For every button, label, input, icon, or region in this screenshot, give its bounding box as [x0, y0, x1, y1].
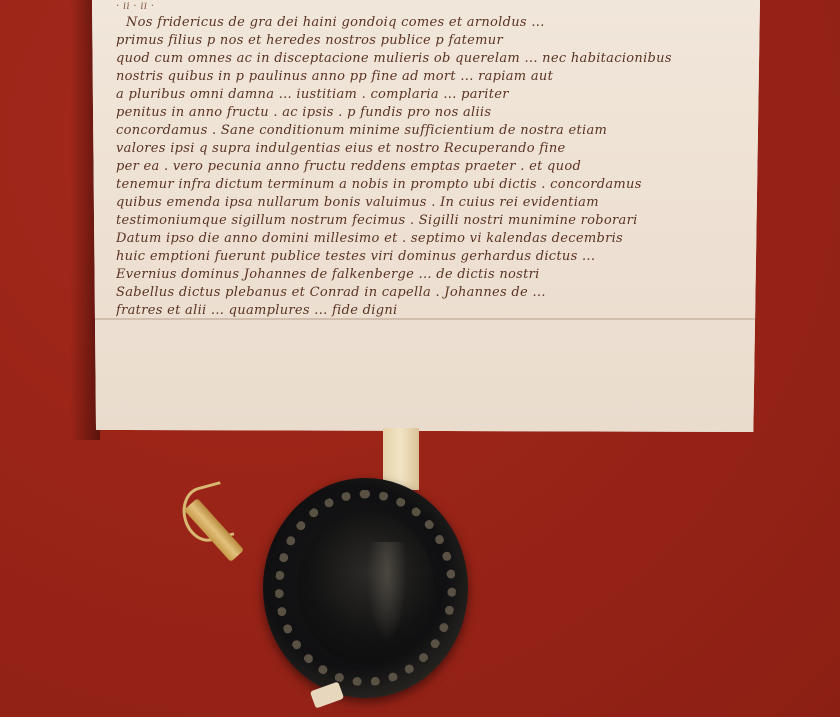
text-line-6: penitus in anno fructu . ac ipsis . p fu… [116, 104, 742, 122]
text-line-11: quibus emenda ipsa nullarum bonis valuim… [116, 194, 742, 212]
text-line-4: nostris quibus in p paulinus anno pp fin… [116, 68, 742, 86]
header-mark: · ii · ii · [116, 2, 742, 12]
text-line-10: tenemur infra dictum terminum a nobis in… [116, 176, 742, 194]
text-line-12: testimoniumque sigillum nostrum fecimus … [116, 212, 742, 230]
parchment-charter: · ii · ii · Nos fridericus de gra dei ha… [92, 0, 760, 432]
document-text: · ii · ii · Nos fridericus de gra dei ha… [116, 14, 742, 320]
text-line-1: Nos fridericus de gra dei haini gondoiq … [116, 14, 742, 32]
text-line-13: Datum ipso die anno domini millesimo et … [116, 230, 742, 248]
text-line-2: primus filius p nos et heredes nostros p… [116, 32, 742, 50]
text-line-9: per ea . vero pecunia anno fructu redden… [116, 158, 742, 176]
seal-figure-icon [367, 542, 407, 642]
text-line-8: valores ipsi q supra indulgentias eius e… [116, 140, 742, 158]
text-line-14: huic emptioni fuerunt publice testes vir… [116, 248, 742, 266]
text-line-3: quod cum omnes ac in disceptacione mulie… [116, 50, 742, 68]
text-line-7: concordamus . Sane conditionum minime su… [116, 122, 742, 140]
text-line-5: a pluribus omni damna ... iustitiam . co… [116, 86, 742, 104]
text-line-15: Evernius dominus Johannes de falkenberge… [116, 266, 742, 284]
fold-line [92, 318, 760, 320]
seal-field [297, 512, 434, 664]
text-line-16: Sabellus dictus plebanus et Conrad in ca… [116, 284, 742, 302]
wax-seal [263, 478, 468, 698]
seal-strap-end [310, 681, 344, 708]
